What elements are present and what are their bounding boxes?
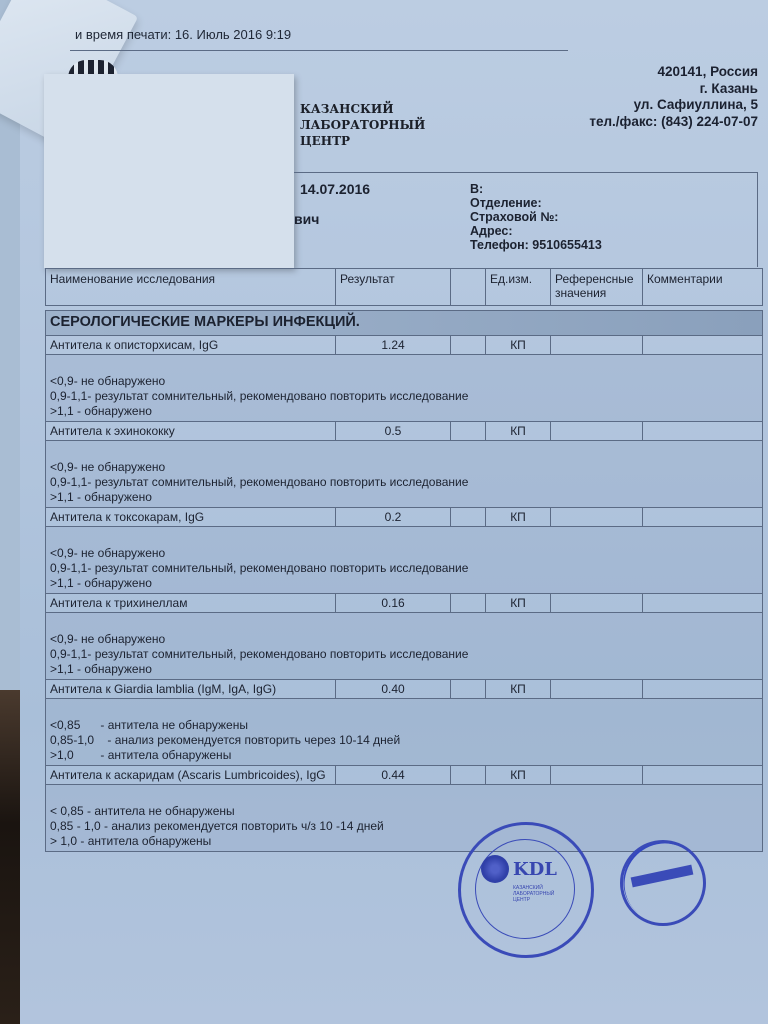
test-unit: КП (486, 594, 551, 612)
field-department: Отделение: (470, 196, 602, 210)
col-unit: Ед.изм. (486, 269, 551, 305)
lab-name-line: ЦЕНТР (300, 133, 425, 149)
test-reference (551, 422, 643, 440)
test-unit: КП (486, 336, 551, 354)
field-insurance: Страховой №: (470, 210, 602, 224)
test-comment (643, 336, 762, 354)
lab-address: 420141, Россия г. Казань ул. Сафиуллина,… (589, 64, 758, 130)
table-row: Антитела к Giardia lamblia (IgM, IgA, Ig… (45, 680, 763, 699)
test-comment (643, 680, 762, 698)
test-reference (551, 594, 643, 612)
reference-note: <0,9- не обнаружено0,9-1,1- результат со… (45, 355, 763, 422)
lab-seal-stamp: KDL КАЗАНСКИЙ ЛАБОРАТОРНЫЙ ЦЕНТР (458, 822, 594, 958)
reference-note: <0,9- не обнаружено0,9-1,1- результат со… (45, 441, 763, 508)
reference-line: 0,9-1,1- результат сомнительный, рекомен… (50, 647, 758, 662)
table-row: Антитела к аскаридам (Ascaris Lumbricoid… (45, 766, 763, 785)
field-address: Адрес: (470, 224, 602, 238)
print-time: и время печати: 16. Июль 2016 9:19 (75, 27, 291, 42)
test-result: 0.44 (336, 766, 451, 784)
reference-line: <0,9- не обнаружено (50, 374, 758, 389)
test-result: 0.5 (336, 422, 451, 440)
reference-line: >1,1 - обнаружено (50, 490, 758, 505)
table-row: Антитела к трихинеллам0.16КП (45, 594, 763, 613)
reference-note: <0,9- не обнаружено0,9-1,1- результат со… (45, 527, 763, 594)
address-line: г. Казань (589, 81, 758, 98)
table-row: Антитела к эхинококку0.5КП (45, 422, 763, 441)
reference-line: 0,9-1,1- результат сомнительный, рекомен… (50, 475, 758, 490)
test-flag (451, 594, 486, 612)
kdl-logo-text: KDL (513, 859, 557, 880)
reference-line: 0,85 - 1,0 - анализ рекомендуется повтор… (50, 819, 758, 834)
test-unit: КП (486, 508, 551, 526)
test-flag (451, 336, 486, 354)
lab-name-line: ЛАБОРАТОРНЫЙ (300, 117, 425, 133)
divider (70, 50, 568, 51)
patient-fields: В: Отделение: Страховой №: Адрес: Телефо… (470, 182, 602, 252)
reference-line: >1,1 - обнаружено (50, 404, 758, 419)
col-flag (451, 269, 486, 305)
test-reference (551, 336, 643, 354)
test-comment (643, 594, 762, 612)
test-unit: КП (486, 766, 551, 784)
seal-sub-line: ЦЕНТР (513, 897, 554, 903)
field-phone: Телефон: 9510655413 (470, 238, 602, 252)
test-result: 0.16 (336, 594, 451, 612)
table-row: Антитела к токсокарам, IgG0.2КП (45, 508, 763, 527)
patient-name-fragment: вич (294, 211, 319, 227)
col-comments: Комментарии (643, 269, 762, 305)
test-comment (643, 508, 762, 526)
reference-line: >1,0 - антитела обнаружены (50, 748, 758, 763)
col-name: Наименование исследования (46, 269, 336, 305)
reference-line: 0,9-1,1- результат сомнительный, рекомен… (50, 561, 758, 576)
reference-line: <0,9- не обнаружено (50, 546, 758, 561)
test-comment (643, 766, 762, 784)
test-unit: КП (486, 422, 551, 440)
test-flag (451, 680, 486, 698)
kdl-logo-icon (481, 855, 509, 883)
reference-line: <0,9- не обнаружено (50, 632, 758, 647)
reference-line: 0,85-1,0 - анализ рекомендуется повторит… (50, 733, 758, 748)
sample-date: 14.07.2016 (300, 181, 370, 197)
test-name: Антитела к описторхисам, IgG (46, 336, 336, 354)
rows-container: Антитела к описторхисам, IgG1.24КП<0,9- … (45, 336, 763, 852)
reference-line: >1,1 - обнаружено (50, 576, 758, 591)
test-flag (451, 422, 486, 440)
reference-line: < 0,85 - антитела не обнаружены (50, 804, 758, 819)
reference-line: <0,9- не обнаружено (50, 460, 758, 475)
reference-note: <0,9- не обнаружено0,9-1,1- результат со… (45, 613, 763, 680)
reference-line: <0,85 - антитела не обнаружены (50, 718, 758, 733)
test-name: Антитела к аскаридам (Ascaris Lumbricoid… (46, 766, 336, 784)
field-in: В: (470, 182, 602, 196)
lab-name: КАЗАНСКИЙ ЛАБОРАТОРНЫЙ ЦЕНТР (300, 101, 425, 149)
test-flag (451, 508, 486, 526)
privacy-cover-sheet (44, 74, 294, 268)
test-name: Антитела к эхинококку (46, 422, 336, 440)
test-name: Антитела к трихинеллам (46, 594, 336, 612)
reference-line: >1,1 - обнаружено (50, 662, 758, 677)
section-title: СЕРОЛОГИЧЕСКИЕ МАРКЕРЫ ИНФЕКЦИЙ. (45, 310, 763, 336)
address-line: 420141, Россия (589, 64, 758, 81)
test-name: Антитела к токсокарам, IgG (46, 508, 336, 526)
reference-note: <0,85 - антитела не обнаружены0,85-1,0 -… (45, 699, 763, 766)
table-row: Антитела к описторхисам, IgG1.24КП (45, 336, 763, 355)
test-result: 1.24 (336, 336, 451, 354)
test-unit: КП (486, 680, 551, 698)
col-result: Результат (336, 269, 451, 305)
test-name: Антитела к Giardia lamblia (IgM, IgA, Ig… (46, 680, 336, 698)
doctor-stamp (620, 840, 706, 926)
col-reference: Референсные значения (551, 269, 643, 305)
address-line: ул. Сафиуллина, 5 (589, 97, 758, 114)
test-comment (643, 422, 762, 440)
test-reference (551, 680, 643, 698)
seal-subtitle: КАЗАНСКИЙ ЛАБОРАТОРНЫЙ ЦЕНТР (513, 885, 554, 903)
reference-line: 0,9-1,1- результат сомнительный, рекомен… (50, 389, 758, 404)
test-reference (551, 766, 643, 784)
test-result: 0.2 (336, 508, 451, 526)
test-flag (451, 766, 486, 784)
results-table: Наименование исследования Результат Ед.и… (45, 268, 763, 852)
test-result: 0.40 (336, 680, 451, 698)
address-line: тел./факс: (843) 224-07-07 (589, 114, 758, 131)
lab-name-line: КАЗАНСКИЙ (300, 101, 425, 117)
table-header: Наименование исследования Результат Ед.и… (45, 268, 763, 306)
test-reference (551, 508, 643, 526)
